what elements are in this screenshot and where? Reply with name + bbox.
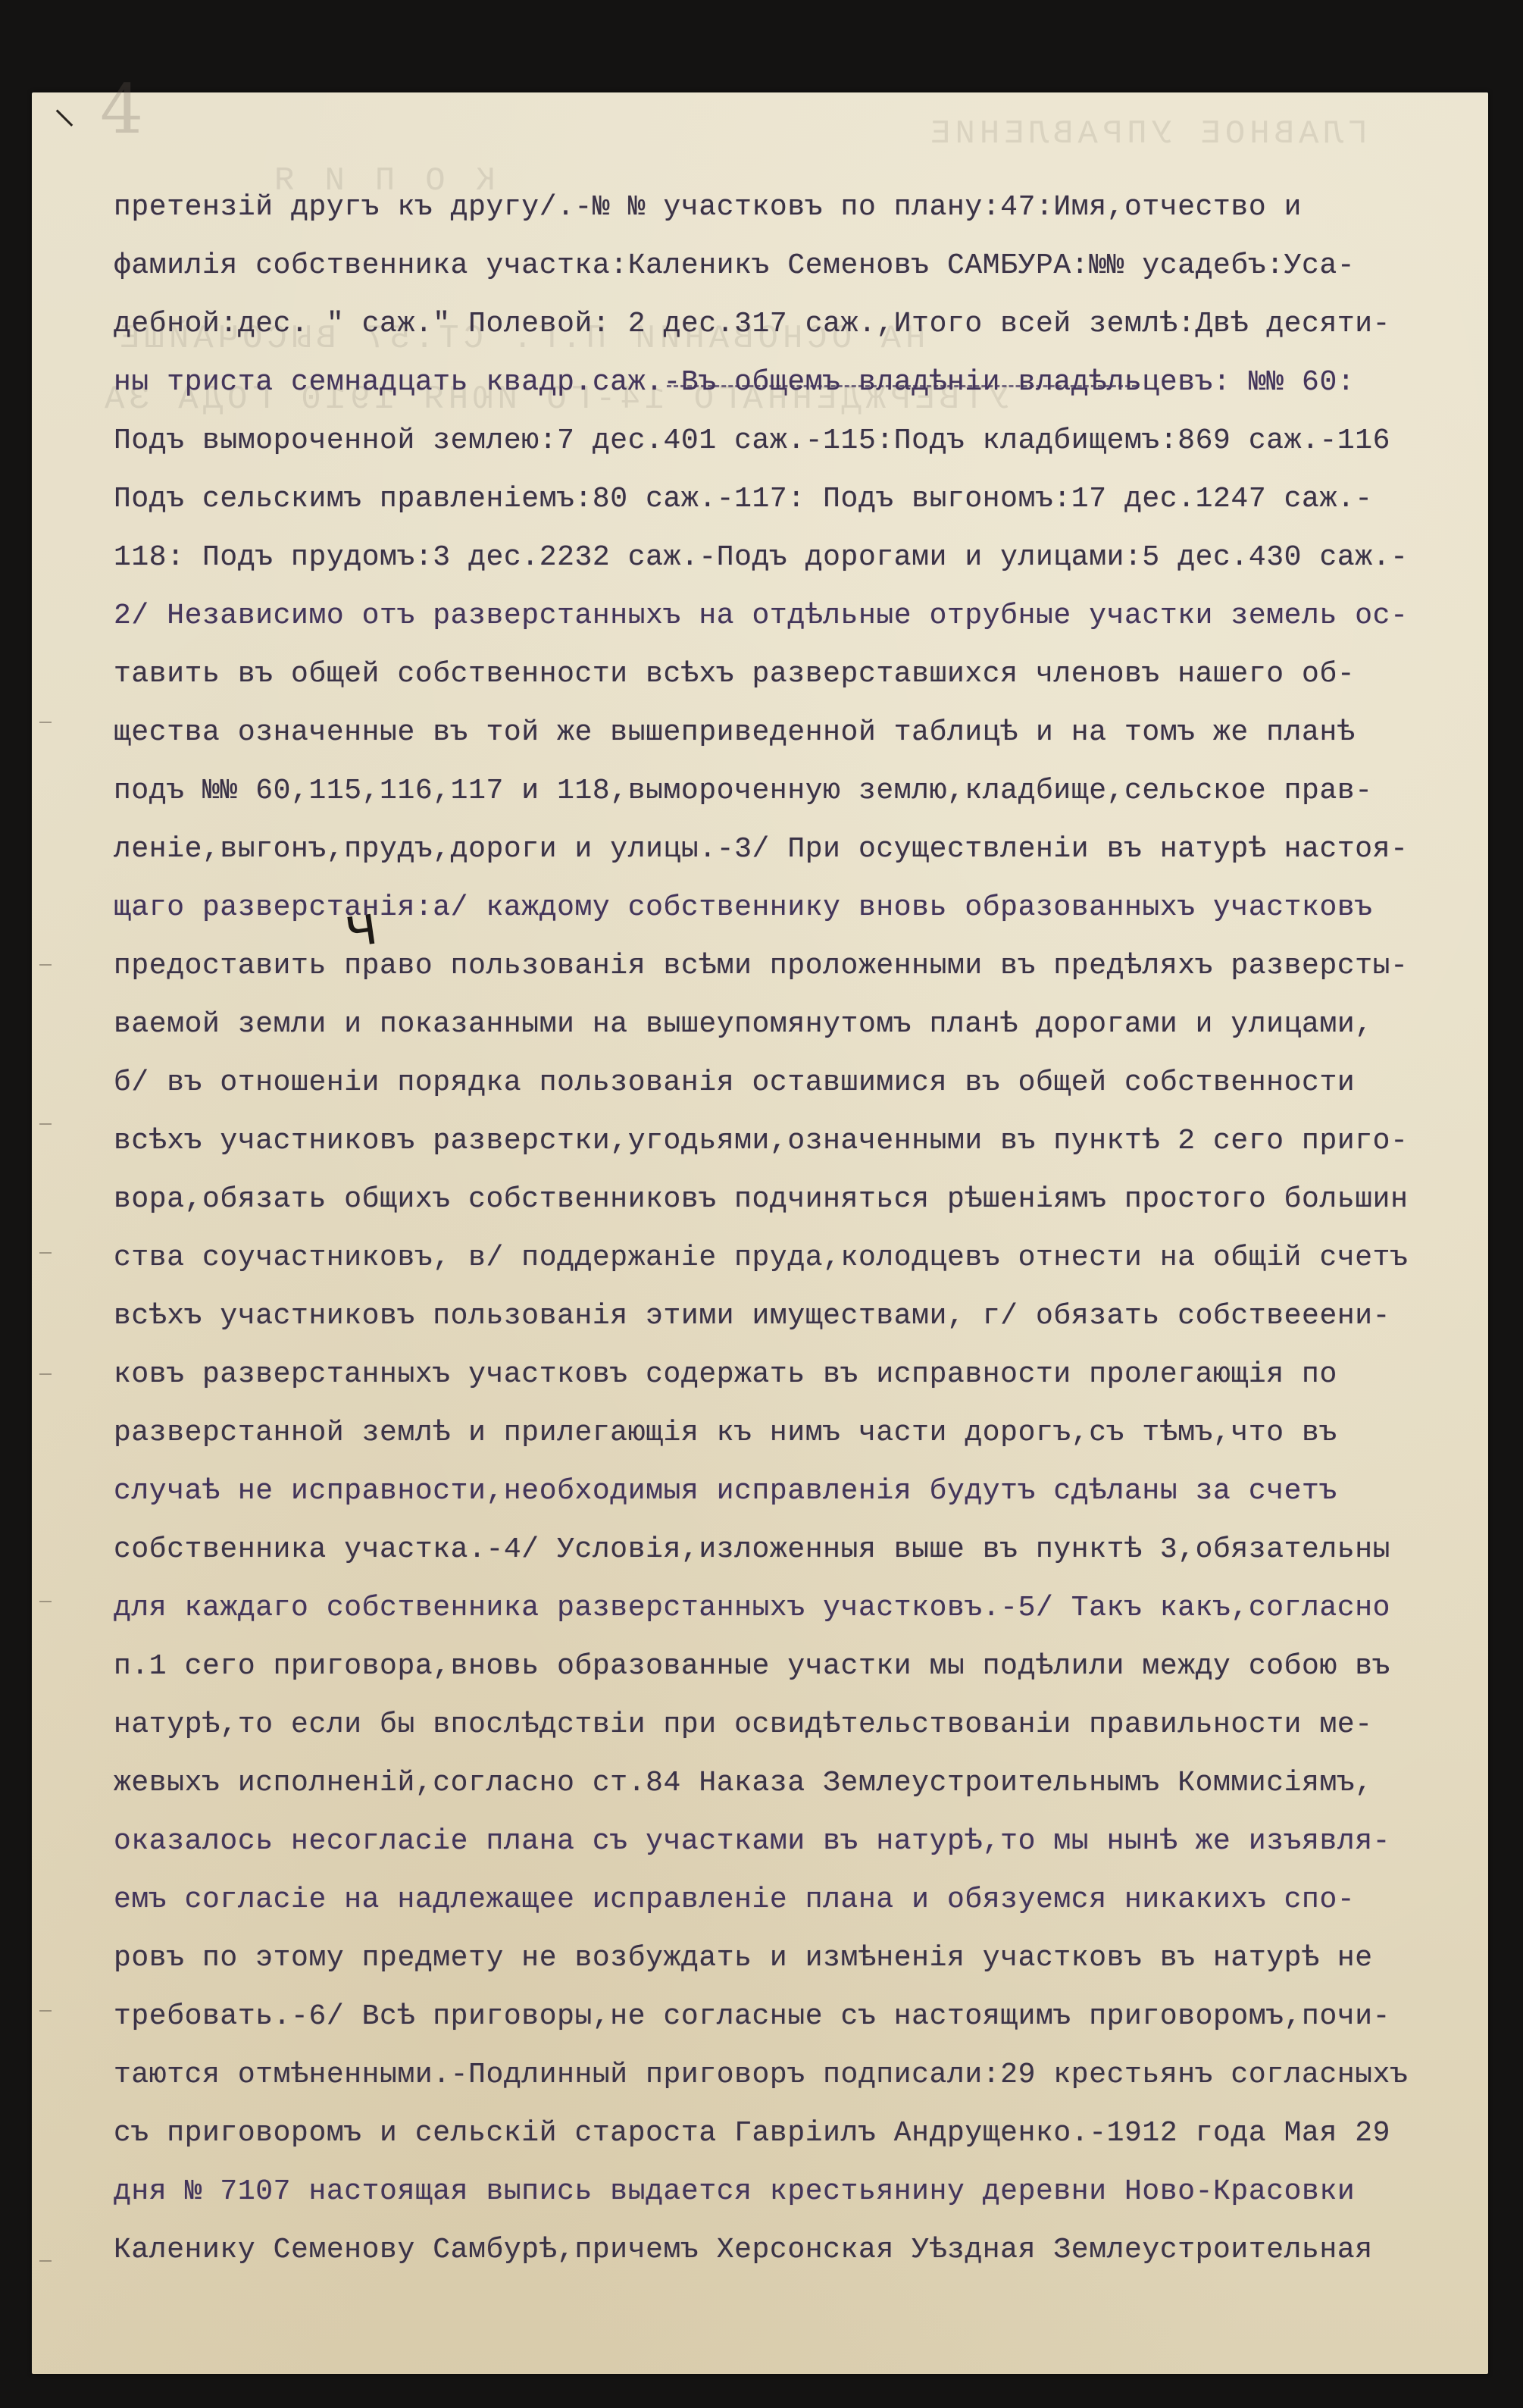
text-line: 118: Подъ прудомъ:3 дес.2232 саж.-Подъ д… — [114, 528, 1462, 587]
text-line: всѣхъ участниковъ разверстки,угодьями,оз… — [114, 1112, 1462, 1170]
margin-tick — [39, 2260, 52, 2262]
text-line: разверстанной землѣ и прилегающія къ ним… — [114, 1404, 1462, 1462]
text-line: Подъ вымороченной землею:7 дес.401 саж.-… — [114, 412, 1462, 470]
text-line: фамилія собственника участка:Каленикъ Се… — [114, 236, 1462, 295]
text-line: предоставить право пользованія всѣми про… — [114, 937, 1462, 995]
text-line: собственника участка.-4/ Условія,изложен… — [114, 1520, 1462, 1579]
text-line: Каленику Семенову Самбурѣ,причемъ Херсон… — [114, 2221, 1462, 2279]
text-line: ства соучастниковъ, в/ поддержаніе пруда… — [114, 1229, 1462, 1287]
text-line: ковъ разверстанныхъ участковъ содержать … — [114, 1345, 1462, 1404]
text-line: 2/ Независимо отъ разверстанныхъ на отдѣ… — [114, 587, 1462, 645]
text-line: съ приговоромъ и сельскій староста Гаврі… — [114, 2104, 1462, 2162]
text-line: таются отмѣненными.-Подлинный приговоръ … — [114, 2046, 1462, 2104]
text-line: п.1 сего приговора,вновь образованные уч… — [114, 1637, 1462, 1696]
text-line: натурѣ,то если бы впослѣдствіи при освид… — [114, 1696, 1462, 1754]
text-line: вора,обязать общихъ собственниковъ подчи… — [114, 1170, 1462, 1229]
text-line: оказалось несогласіе плана съ участками … — [114, 1812, 1462, 1871]
margin-tick — [39, 2010, 52, 2012]
faint-page-number: 4 — [100, 70, 143, 149]
margin-tick — [39, 1123, 52, 1125]
text-line: тавить въ общей собственности всѣхъ разв… — [114, 645, 1462, 703]
text-line: всѣхъ участниковъ пользованія этими имущ… — [114, 1287, 1462, 1345]
document-text-body: претензій другъ къ другу/.-№ № участковъ… — [114, 178, 1462, 2279]
text-line: дебной:дес. " саж." Полевой: 2 дес.317 с… — [114, 295, 1462, 353]
text-line: претензій другъ къ другу/.-№ № участковъ… — [114, 178, 1462, 236]
margin-tick — [39, 1601, 52, 1602]
margin-tick — [39, 722, 52, 723]
text-line: жевыхъ исполненій,согласно ст.84 Наказа … — [114, 1754, 1462, 1812]
text-line: емъ согласіе на надлежащее исправленіе п… — [114, 1871, 1462, 1929]
text-line: леніе,выгонъ,прудъ,дороги и улицы.-3/ Пр… — [114, 820, 1462, 878]
text-line: ны триста семнадцать квадр.саж.-Въ общем… — [114, 353, 1462, 412]
text-line: б/ въ отношеніи порядка пользованія оста… — [114, 1054, 1462, 1112]
text-line: дня № 7107 настоящая выпись выдается кре… — [114, 2162, 1462, 2221]
text-line: подъ №№ 60,115,116,117 и 118,вымороченну… — [114, 762, 1462, 820]
text-line: случаѣ не исправности,необходимыя исправ… — [114, 1462, 1462, 1520]
margin-tick — [39, 964, 52, 966]
margin-tick — [39, 1373, 52, 1375]
text-line: щаго разверстанія:а/ каждому собственник… — [114, 878, 1462, 937]
bleed-through-heading: ГЛАВНОЕ УПРАВЛЕНИЕ — [926, 115, 1368, 153]
text-line: ваемой земли и показанными на вышеупомян… — [114, 995, 1462, 1054]
text-line: ровъ по этому предмету не возбуждать и и… — [114, 1929, 1462, 1987]
text-line: щества означенные въ той же вышеприведен… — [114, 703, 1462, 762]
margin-tick — [39, 1252, 52, 1254]
text-line: требовать.-6/ Всѣ приговоры,не согласные… — [114, 1987, 1462, 2046]
text-line: Подъ сельскимъ правленіемъ:80 саж.-117: … — [114, 470, 1462, 528]
text-line: для каждаго собственника разверстанныхъ … — [114, 1579, 1462, 1637]
margin-bracket-mark: ⸜ — [53, 85, 76, 130]
